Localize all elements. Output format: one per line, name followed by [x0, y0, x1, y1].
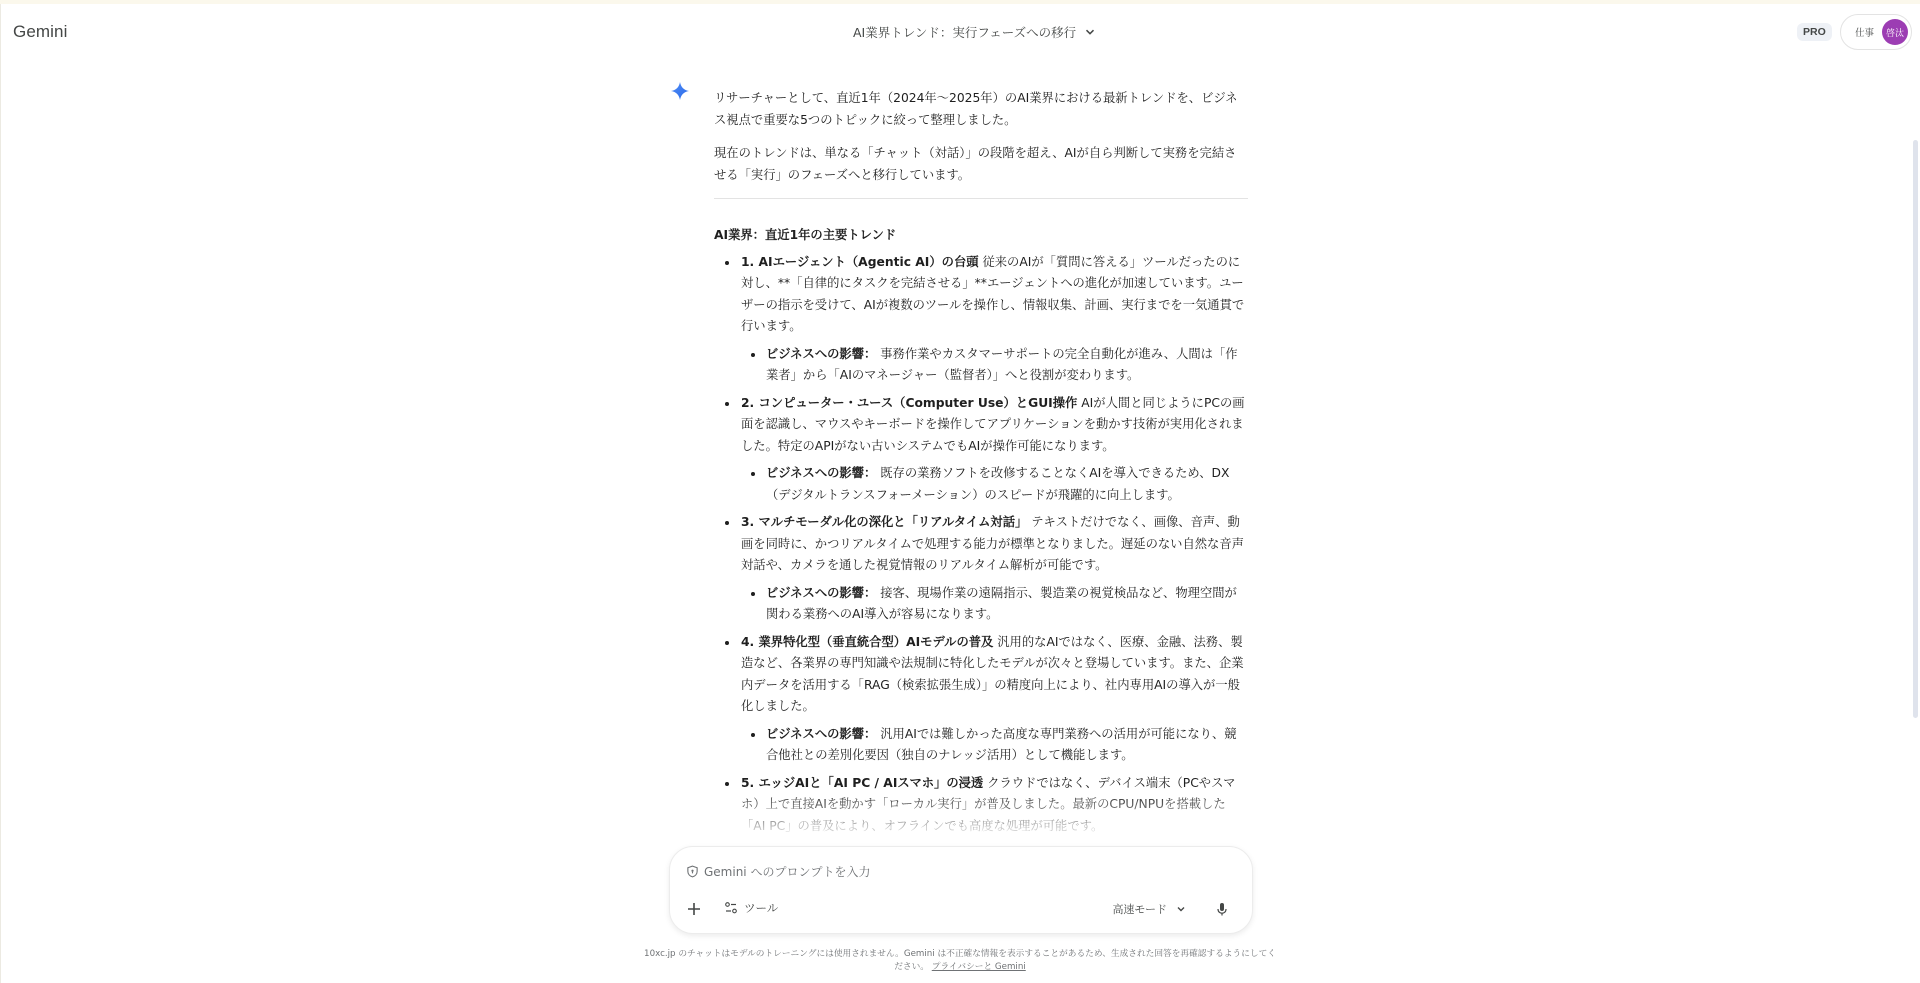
plan-badge: PRO	[1797, 23, 1832, 41]
chevron-down-icon	[1084, 26, 1096, 38]
list-item: 4. 業界特化型（垂直統合型）AIモデルの普及 汎用的なAIではなく、医療、金融…	[714, 632, 1248, 767]
scrollbar[interactable]	[1913, 140, 1918, 718]
list-item: 2. コンピューター・ユース（Computer Use）とGUI操作 AIが人間…	[714, 393, 1248, 507]
conversation-title-menu[interactable]: AI業界トレンド：実行フェーズへの移行	[853, 23, 1096, 41]
mode-label: 高速モード	[1112, 901, 1167, 917]
list-item: 3. マルチモーダル化の深化と「リアルタイム対話」 テキストだけでなく、画像、音…	[714, 512, 1248, 626]
chat-scroll-area: リサーチャーとして、直近1年（2024年～2025年）のAI業界における最新トレ…	[0, 60, 1920, 840]
impact-label: ビジネスへの影響：	[766, 727, 876, 741]
app-brand[interactable]: Gemini	[13, 22, 67, 42]
tools-button[interactable]: ツール	[724, 900, 778, 916]
avatar[interactable]: 啓汰	[1882, 19, 1908, 45]
workspace-label: 仕事	[1855, 25, 1874, 39]
trend-heading: 2. コンピューター・ユース（Computer Use）とGUI操作	[741, 396, 1077, 410]
conversation-title: AI業界トレンド：実行フェーズへの移行	[853, 23, 1076, 41]
impact-label: ビジネスへの影響：	[766, 586, 876, 600]
trend-heading: 5. エッジAIと「AI PC / AIスマホ」の浸透	[741, 776, 983, 790]
prompt-placeholder: Gemini へのプロンプトを入力	[704, 863, 870, 880]
section-title: AI業界：直近1年の主要トレンド	[714, 225, 1248, 247]
gemini-spark-icon	[670, 81, 690, 101]
plus-icon[interactable]	[684, 899, 704, 919]
tools-icon	[724, 901, 738, 915]
footer-disclaimer: 10xc.jp のチャットはモデルのトレーニングには使用されません。Gemini…	[640, 948, 1280, 974]
list-item: 5. エッジAIと「AI PC / AIスマホ」の浸透 クラウドではなく、デバイ…	[714, 773, 1248, 838]
account-switcher[interactable]: 仕事 啓汰	[1840, 14, 1912, 50]
privacy-link[interactable]: プライバシーと Gemini	[932, 962, 1026, 972]
impact-item: ビジネスへの影響： 汎用AIでは難しかった高度な専門業務への活用が可能になり、競…	[741, 724, 1248, 767]
impact-item: ビジネスへの影響： 既存の業務ソフトを改修することなくAIを導入できるため、DX…	[741, 463, 1248, 506]
list-item: 1. AIエージェント（Agentic AI）の台頭 従来のAIが「質問に答える…	[714, 252, 1248, 387]
impact-label: ビジネスへの影響：	[766, 347, 876, 361]
model-response: リサーチャーとして、直近1年（2024年～2025年）のAI業界における最新トレ…	[714, 88, 1248, 840]
mic-icon[interactable]	[1212, 899, 1232, 919]
trend-heading: 1. AIエージェント（Agentic AI）の台頭	[741, 255, 979, 269]
chevron-down-icon	[1176, 904, 1186, 914]
shield-icon	[686, 865, 699, 878]
trend-list: 1. AIエージェント（Agentic AI）の台頭 従来のAIが「質問に答える…	[714, 252, 1248, 838]
top-bar: Gemini AI業界トレンド：実行フェーズへの移行 PRO 仕事 啓汰	[0, 4, 1920, 60]
tools-label: ツール	[744, 900, 778, 916]
composer-toolbar: ツール 高速モード	[684, 897, 1238, 921]
intro-paragraph: 現在のトレンドは、単なる「チャット（対話）」の段階を超え、AIが自ら判断して実務…	[714, 143, 1248, 186]
prompt-input[interactable]: Gemini へのプロンプトを入力	[686, 863, 870, 880]
impact-item: ビジネスへの影響： 事務作業やカスタマーサポートの完全自動化が進み、人間は「作業…	[741, 344, 1248, 387]
trend-heading: 4. 業界特化型（垂直統合型）AIモデルの普及	[741, 635, 993, 649]
impact-label: ビジネスへの影響：	[766, 466, 876, 480]
trend-heading: 3. マルチモーダル化の深化と「リアルタイム対話」	[741, 515, 1027, 529]
mode-selector[interactable]: 高速モード	[1112, 901, 1186, 917]
prompt-composer[interactable]: Gemini へのプロンプトを入力 ツール 高速モード	[669, 846, 1253, 934]
impact-item: ビジネスへの影響： 接客、現場作業の遠隔指示、製造業の視覚検品など、物理空間が関…	[741, 583, 1248, 626]
divider	[714, 198, 1248, 199]
intro-paragraph: リサーチャーとして、直近1年（2024年～2025年）のAI業界における最新トレ…	[714, 88, 1248, 131]
